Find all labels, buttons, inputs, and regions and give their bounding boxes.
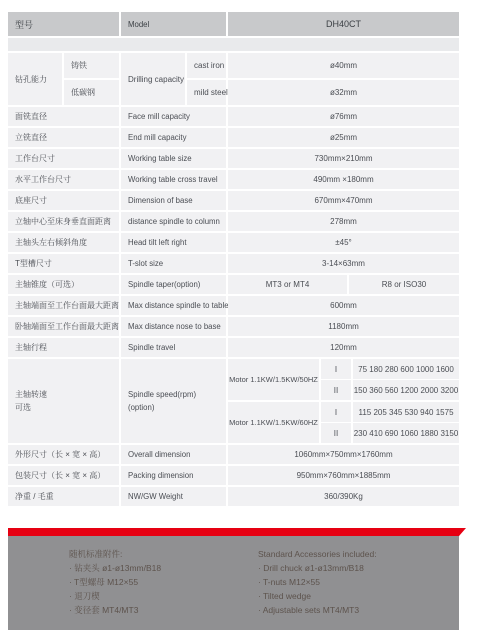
row-label-en: Packing dimension: [121, 466, 226, 485]
motor-group-50hz: Motor 1.1KW/1.5KW/50HZ I II 75 180 280 6…: [228, 359, 459, 400]
row-label-en: Working table cross travel: [121, 170, 226, 189]
row-value: 360/390Kg: [228, 487, 459, 506]
speed-option-cn: 可选: [15, 401, 31, 414]
row-label-en: Spindle taper(option): [121, 275, 226, 294]
row-label-cn: 工作台尺寸: [8, 149, 119, 168]
rpm-values: 115 205 345 530 940 1575: [353, 402, 459, 422]
row-label-en: Overall dimension: [121, 445, 226, 464]
row-label-en: Max distance spindle to table: [121, 296, 226, 315]
speed-option-en: (option): [128, 401, 154, 414]
gear-stack: I II: [321, 402, 351, 443]
row-value: ø25mm: [228, 128, 459, 147]
row-value: 670mm×470mm: [228, 191, 459, 210]
row-value: ±45°: [228, 233, 459, 252]
row-label-en: Face mill capacity: [121, 107, 226, 126]
motor-label: Motor 1.1KW/1.5KW/60HZ: [228, 402, 319, 443]
rpm-stack: 115 205 345 530 940 1575 230 410 690 106…: [353, 402, 459, 443]
row-label-en: Spindle travel: [121, 338, 226, 357]
row-value: 490mm ×180mm: [228, 170, 459, 189]
row-label-en: NW/GW Weight: [121, 487, 226, 506]
row-label-cn: 立铣直径: [8, 128, 119, 147]
row-value: 950mm×760mm×1885mm: [228, 466, 459, 485]
gear-label: I: [321, 359, 351, 379]
speed-label-en: Spindle speed(rpm): [128, 388, 196, 401]
row-label-cn: 外形尺寸（长 × 宽 × 高）: [8, 445, 119, 464]
row-max-nose-to-base: 卧轴端面至工作台面最大距离 Max distance nose to base …: [8, 317, 459, 336]
accessories-title-en: Standard Accessories included:: [258, 547, 377, 561]
motor-label: Motor 1.1KW/1.5KW/50HZ: [228, 359, 319, 400]
material-mild-steel-cn: 低碳钢: [64, 80, 119, 105]
row-base-dimension: 底座尺寸 Dimension of base 670mm×470mm: [8, 191, 459, 210]
row-label-cn: 卧轴端面至工作台面最大距离: [8, 317, 119, 336]
rpm-values: 230 410 690 1060 1880 3150: [353, 423, 459, 443]
row-label-en: Dimension of base: [121, 191, 226, 210]
row-packing-dimension: 包装尺寸（长 × 宽 × 高） Packing dimension 950mm×…: [8, 466, 459, 485]
row-face-mill: 面铣直径 Face mill capacity ø76mm: [8, 107, 459, 126]
row-label-cn: T型槽尺寸: [8, 254, 119, 273]
row-value: 1060mm×750mm×1760mm: [228, 445, 459, 464]
drilling-material-cn-stack: 铸铁 低碳钢: [64, 53, 119, 105]
gear-stack: I II: [321, 359, 351, 400]
accessory-item: T-nuts M12×55: [258, 575, 377, 589]
accessories-column-en: Standard Accessories included: Drill chu…: [258, 547, 377, 617]
speed-values-stack: Motor 1.1KW/1.5KW/50HZ I II 75 180 280 6…: [228, 359, 459, 443]
red-ribbon: [8, 528, 459, 536]
material-cast-iron-en: cast iron: [187, 53, 226, 78]
row-label-cn: 主轴转速 可选: [8, 359, 119, 443]
row-value: 1180mm: [228, 317, 459, 336]
row-t-slot: T型槽尺寸 T-slot size 3-14×63mm: [8, 254, 459, 273]
accessories-list-cn: 钻夹头 ø1-ø13mm/B18 T型螺母 M12×55 退刀楔 变径套 MT4…: [69, 561, 161, 617]
row-value: 120mm: [228, 338, 459, 357]
accessories-title-cn: 随机标准附件:: [69, 547, 161, 561]
page: { "colors": { "accent_red": "#e60012", "…: [0, 0, 478, 640]
row-value: 730mm×210mm: [228, 149, 459, 168]
spacer-row: [8, 38, 459, 51]
accessory-item: Adjustable sets MT4/MT3: [258, 603, 377, 617]
row-label-cn: 底座尺寸: [8, 191, 119, 210]
row-label-cn: 主轴锥度（可选）: [8, 275, 119, 294]
drilling-material-en-stack: cast iron mild steel: [187, 53, 226, 105]
row-value: ø76mm: [228, 107, 459, 126]
row-working-table-size: 工作台尺寸 Working table size 730mm×210mm: [8, 149, 459, 168]
gear-label: II: [321, 380, 351, 400]
row-label-en: T-slot size: [121, 254, 226, 273]
row-label-cn: 净重 / 毛重: [8, 487, 119, 506]
row-label-en: End mill capacity: [121, 128, 226, 147]
row-label-cn: 水平工作台尺寸: [8, 170, 119, 189]
row-label-cn: 立轴中心至床身垂直面距离: [8, 212, 119, 231]
row-head-tilt: 主轴头左右倾斜角度 Head tilt left right ±45°: [8, 233, 459, 252]
row-label-cn: 主轴行程: [8, 338, 119, 357]
row-weight: 净重 / 毛重 NW/GW Weight 360/390Kg: [8, 487, 459, 506]
accessory-item: Drill chuck ø1-ø13mm/B18: [258, 561, 377, 575]
row-label-cn: 主轴头左右倾斜角度: [8, 233, 119, 252]
row-label-cn: 钻孔能力: [8, 53, 62, 105]
material-cast-iron-cn: 铸铁: [64, 53, 119, 78]
row-label-cn: 面铣直径: [8, 107, 119, 126]
row-cross-travel: 水平工作台尺寸 Working table cross travel 490mm…: [8, 170, 459, 189]
drilling-values-stack: ø40mm ø32mm: [228, 53, 459, 105]
accessory-item: 退刀楔: [69, 589, 161, 603]
row-label-cn: 包装尺寸（长 × 宽 × 高）: [8, 466, 119, 485]
motor-group-60hz: Motor 1.1KW/1.5KW/60HZ I II 115 205 345 …: [228, 402, 459, 443]
accessory-item: Tilted wedge: [258, 589, 377, 603]
row-end-mill: 立铣直径 End mill capacity ø25mm: [8, 128, 459, 147]
row-value: 278mm: [228, 212, 459, 231]
accessory-item: 钻夹头 ø1-ø13mm/B18: [69, 561, 161, 575]
header-model-en: Model: [121, 12, 226, 36]
row-spindle-travel: 主轴行程 Spindle travel 120mm: [8, 338, 459, 357]
table-header-row: 型号 Model DH40CT: [8, 12, 459, 36]
speed-label-cn: 主轴转速: [15, 388, 47, 401]
row-spindle-taper: 主轴锥度（可选） Spindle taper(option) MT3 or MT…: [8, 275, 459, 294]
material-mild-steel-en: mild steel: [187, 80, 226, 105]
row-label-en: Drilling capacity: [121, 53, 185, 105]
accessories-column-cn: 随机标准附件: 钻夹头 ø1-ø13mm/B18 T型螺母 M12×55 退刀楔…: [69, 547, 161, 617]
rpm-values: 75 180 280 600 1000 1600: [353, 359, 459, 379]
row-spindle-speed: 主轴转速 可选 Spindle speed(rpm) (option) Moto…: [8, 359, 459, 443]
accessory-item: T型螺母 M12×55: [69, 575, 161, 589]
spec-table: 型号 Model DH40CT 钻孔能力 铸铁 低碳钢 Drilling cap…: [8, 12, 459, 508]
accessory-item: 变径套 MT4/MT3: [69, 603, 161, 617]
value-cast-iron: ø40mm: [228, 53, 459, 78]
header-model-value: DH40CT: [228, 12, 459, 36]
red-ribbon-fold-icon: [459, 528, 466, 536]
header-model-cn: 型号: [8, 12, 119, 36]
rpm-stack: 75 180 280 600 1000 1600 150 360 560 120…: [353, 359, 459, 400]
gear-label: II: [321, 423, 351, 443]
taper-option-r8: R8 or ISO30: [349, 275, 459, 294]
rpm-values: 150 360 560 1200 2000 3200: [353, 380, 459, 400]
taper-option-mt: MT3 or MT4: [228, 275, 347, 294]
value-mild-steel: ø32mm: [228, 80, 459, 105]
row-label-cn: 主轴端面至工作台面最大距离: [8, 296, 119, 315]
row-label-en: Working table size: [121, 149, 226, 168]
row-spindle-to-column: 立轴中心至床身垂直面距离 distance spindle to column …: [8, 212, 459, 231]
row-max-spindle-to-table: 主轴端面至工作台面最大距离 Max distance spindle to ta…: [8, 296, 459, 315]
row-label-en: Head tilt left right: [121, 233, 226, 252]
row-drilling-capacity: 钻孔能力 铸铁 低碳钢 Drilling capacity cast iron …: [8, 53, 459, 105]
gear-label: I: [321, 402, 351, 422]
accessories-box: 随机标准附件: 钻夹头 ø1-ø13mm/B18 T型螺母 M12×55 退刀楔…: [8, 536, 459, 630]
row-value: 600mm: [228, 296, 459, 315]
row-label-en: Spindle speed(rpm) (option): [121, 359, 226, 443]
row-overall-dimension: 外形尺寸（长 × 宽 × 高） Overall dimension 1060mm…: [8, 445, 459, 464]
row-label-en: Max distance nose to base: [121, 317, 226, 336]
row-value: 3-14×63mm: [228, 254, 459, 273]
row-label-en: distance spindle to column: [121, 212, 226, 231]
accessories-list-en: Drill chuck ø1-ø13mm/B18 T-nuts M12×55 T…: [258, 561, 377, 617]
